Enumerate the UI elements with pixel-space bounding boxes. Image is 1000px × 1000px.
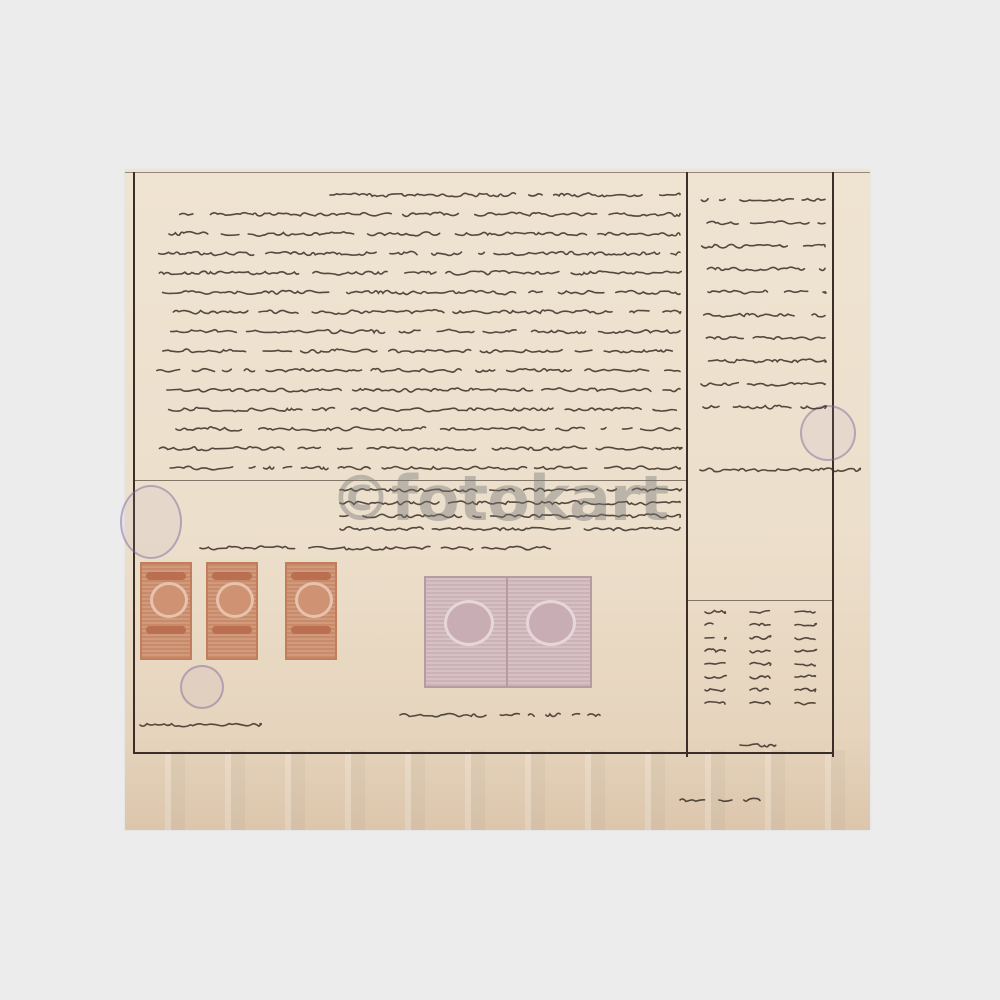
watermark-text: ©fotokart bbox=[330, 468, 668, 530]
